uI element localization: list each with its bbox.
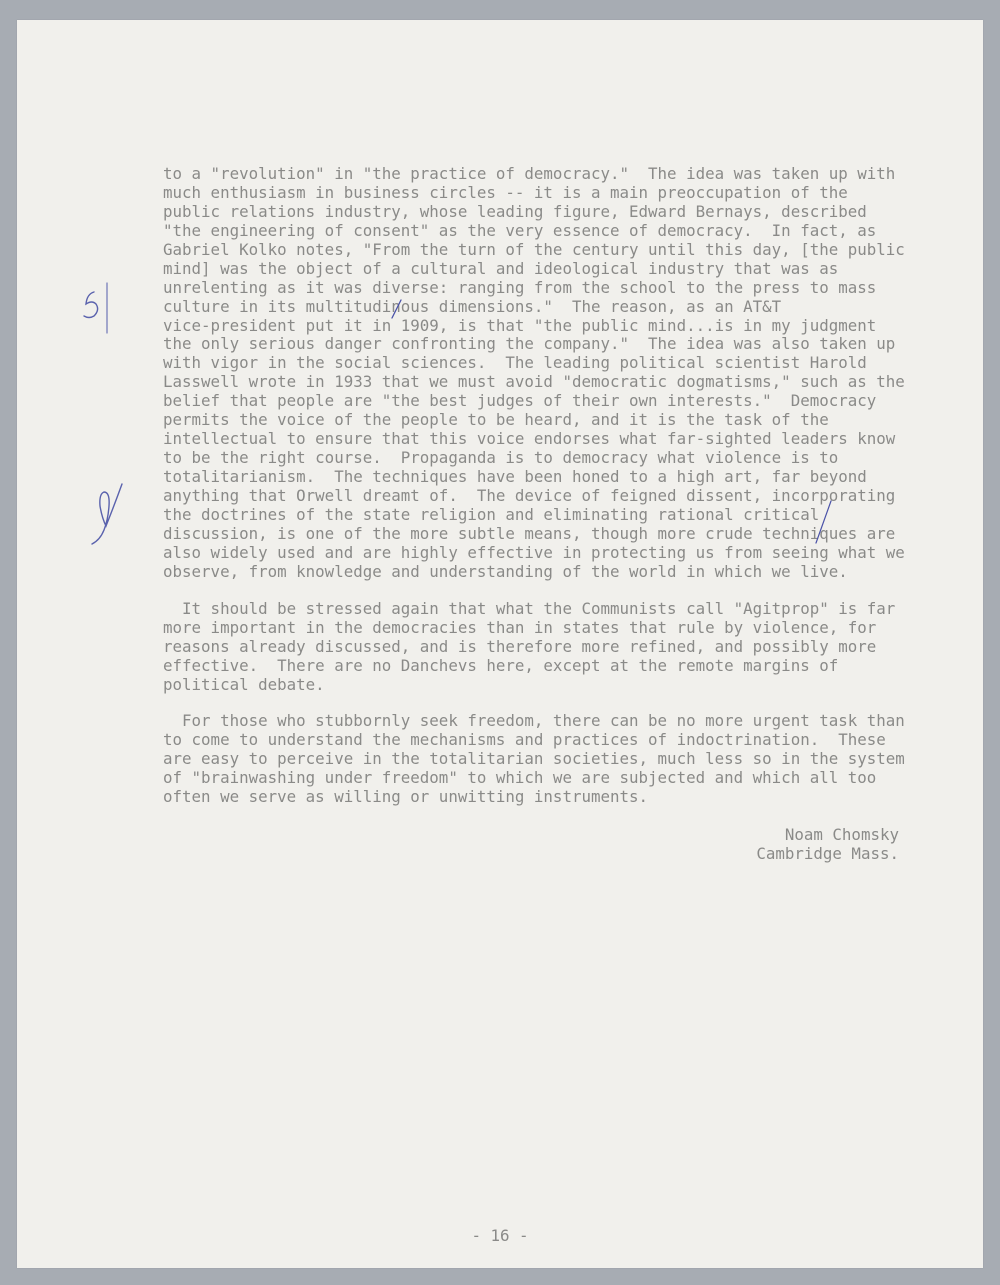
text-line: Lasswell wrote in 1933 that we must avoi… xyxy=(163,373,905,392)
text-line: reasons already discussed, and is theref… xyxy=(163,638,895,657)
text-line: mind] was the object of a cultural and i… xyxy=(163,260,905,279)
signature-name: Noam Chomsky xyxy=(785,826,899,845)
text-line: to a "revolution" in "the practice of de… xyxy=(163,165,905,184)
text-line: It should be stressed again that what th… xyxy=(163,600,895,619)
text-line: unrelenting as it was diverse: ranging f… xyxy=(163,279,905,298)
text-line: much enthusiasm in business circles -- i… xyxy=(163,184,905,203)
text-line: public relations industry, whose leading… xyxy=(163,203,905,222)
text-line: Gabriel Kolko notes, "From the turn of t… xyxy=(163,241,905,260)
text-line: the only serious danger confronting the … xyxy=(163,335,905,354)
text-line: to come to understand the mechanisms and… xyxy=(163,731,905,750)
text-line: "the engineering of consent" as the very… xyxy=(163,222,905,241)
text-line: belief that people are "the best judges … xyxy=(163,392,905,411)
text-line: observe, from knowledge and understandin… xyxy=(163,563,905,582)
signature-place: Cambridge Mass. xyxy=(756,845,899,864)
text-line: the doctrines of the state religion and … xyxy=(163,506,905,525)
text-line: also widely used and are highly effectiv… xyxy=(163,544,905,563)
handwritten-margin-mark-5 xyxy=(80,278,120,338)
text-line: discussion, is one of the more subtle me… xyxy=(163,525,905,544)
handwritten-margin-mark-delete xyxy=(80,476,130,556)
text-line: of "brainwashing under freedom" to which… xyxy=(163,769,905,788)
document-page: to a "revolution" in "the practice of de… xyxy=(17,20,983,1268)
handwritten-strike-mark-1 xyxy=(387,298,407,320)
text-line: are easy to perceive in the totalitarian… xyxy=(163,750,905,769)
paragraph-freedom: For those who stubbornly seek freedom, t… xyxy=(163,712,905,807)
text-line: often we serve as willing or unwitting i… xyxy=(163,788,905,807)
handwritten-strike-mark-2 xyxy=(811,499,837,545)
paragraph-agitprop: It should be stressed again that what th… xyxy=(163,600,895,695)
text-line: intellectual to ensure that this voice e… xyxy=(163,430,905,449)
text-line: to be the right course. Propaganda is to… xyxy=(163,449,905,468)
text-line: culture in its multitudinous dimensions.… xyxy=(163,298,905,317)
text-line: political debate. xyxy=(163,676,895,695)
text-line: permits the voice of the people to be he… xyxy=(163,411,905,430)
text-line: vice-president put it in 1909, is that "… xyxy=(163,317,905,336)
page-number: - 16 - xyxy=(17,1227,983,1246)
paragraph-democracy-propaganda: to a "revolution" in "the practice of de… xyxy=(163,165,905,582)
text-line: anything that Orwell dreamt of. The devi… xyxy=(163,487,905,506)
text-line: more important in the democracies than i… xyxy=(163,619,895,638)
text-line: effective. There are no Danchevs here, e… xyxy=(163,657,895,676)
text-line: For those who stubbornly seek freedom, t… xyxy=(163,712,905,731)
text-line: with vigor in the social sciences. The l… xyxy=(163,354,905,373)
text-line: totalitarianism. The techniques have bee… xyxy=(163,468,905,487)
